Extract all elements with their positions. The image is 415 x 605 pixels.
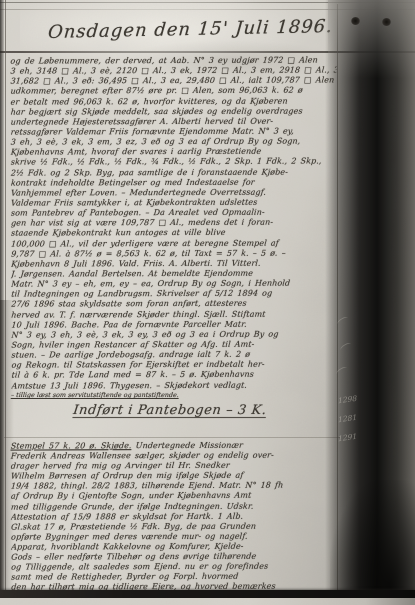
manuscript-line: og Tilliggende, alt saaledes som Ejend. … [11,562,338,573]
manuscript-line: herved av. T. f. nærværende Skjøder thin… [11,309,338,320]
manuscript-line: 27/6 1896 staa skyldsatte som foran anfø… [11,299,338,310]
manuscript-line: staaende Kjøbekontrakt kun antoges at vi… [11,228,338,239]
manuscript-block-1: og de Løbenummere, der derved, at Aab. N… [10,55,337,391]
manuscript-line: og de Løbenummere, der derved, at Aab. N… [10,55,337,66]
manuscript-line: skrive ½ Fdk., ½ Fdk., ½ Fdk., ¾ Fdk., ½… [10,157,337,168]
manuscript-line: Attestation af 15/9 1888 er skyldsat for… [11,511,338,522]
manuscript-line: er betalt med 96,063 k. 62 ø, hvorfor kv… [10,96,337,107]
right-margin-rule [337,4,338,597]
manuscript-line: Gods – eller nedførte Tilbehør og dens ø… [11,551,338,562]
manuscript-line: 10 Juli 1896. Bache. Paa de fornævnte Pa… [11,319,338,330]
manuscript-line: 19/4 1882, thingl. 28/2 1883, tilhørende… [10,481,337,492]
manuscript-line: til à 6 k. pr. Tde Land med = 87 k. – 5 … [11,370,338,381]
page-left-edge [0,0,4,605]
top-edge-line [0,2,415,3]
manuscript-line: Wilhelm Børresen af Ordrup den mig ifølg… [10,471,337,482]
manuscript-line: retssagfører Valdemar Friis fornævnte Ej… [10,126,337,137]
manuscript-line: 2½ Fdk. og 2 Skp. Byg, paa samtlige de i… [10,167,337,178]
manuscript-line: 31,682 □ Al., 3 eð: 36,495 □ Al., 3 ea, … [10,76,337,87]
bottom-page-edge [0,590,415,598]
manuscript-line: Kjøbenhavns Amt, hvoraf der svares i aar… [10,147,337,158]
paper-grain-texture [0,0,415,605]
gutter-squiggle [336,315,349,326]
manuscript-line: Valdemar Friis samtykker i, at Kjøbekont… [11,197,338,208]
manuscript-line-lead: Stempel 57 k. 20 ø. Skjøde. Undertegnede… [10,440,337,451]
section-heading: Indført i Pantebogen – 3 K. [39,403,301,418]
binding-shadow-bottom [330,480,415,597]
paper-dark-blotch [120,40,340,80]
manuscript-line: J. Jørgensen. Aandal Bertelsen. At bemel… [11,268,338,279]
gutter-squiggle [339,341,352,352]
manuscript-line: Gl.skat 17 ø, Præstetiende ½ Fdk. Byg, d… [11,521,338,532]
stamp-clause: Stempel 57 k. 20 ø. Skjøde. [10,441,132,450]
manuscript-line: den har tilhørt mig og tidligere Ejere, … [11,582,338,593]
header-top-rule [0,9,415,10]
paper-light-blotch [20,0,320,70]
manuscript-line: Matr. N° 3 ey – eh, em, ey – ea, Ordrup … [11,279,338,290]
manuscript-line: drager herved fra mig og Arvinger til Hr… [10,461,337,472]
manuscript-line: af Ordrup By i Gjentofte Sogn, under Kjø… [11,491,338,502]
manuscript-line: Amtstue 13 Juli 1896. Thygesen. – Skjøde… [11,380,338,391]
binding-shadow [325,0,415,597]
manuscript-block-2: Stempel 57 k. 20 ø. Skjøde. Undertegnede… [11,440,338,593]
manuscript-line: kontrakt indeholdte Betingelser og med I… [10,177,337,188]
margin-note: 1291 [338,432,357,444]
addendum-note: – tillige læst som servitutstiftende og … [11,391,312,399]
manuscript-line: samt med de Rettigheder, Byrder og Forpl… [11,572,338,583]
manuscript-line: og Rekogn. til Statskassen for Ejerskift… [11,360,338,371]
manuscript-line: Kjøbenhavn 8 Juli 1896. Vald. Friis. A. … [11,258,338,269]
date-heading: Onsdagen den 15' Juli 1896. [47,16,329,43]
margin-note: 1298 [338,394,357,406]
manuscript-line: 100,000 □ Al., vil der yderligere være a… [11,238,338,249]
manuscript-line: Vanhjemmel efter Loven. – Medundertegned… [10,187,337,198]
next-page-strip [0,598,415,605]
manuscript-line: stuen. – De aarlige Jordebogsafg. andrag… [11,350,338,361]
left-margin-smudge [0,300,14,595]
manuscript-line: med tilliggende Grunde, der ifølge Indte… [11,501,338,512]
manuscript-line: 9,787 □ Al. à 87½ ø = 8,563 k. 62 ø, til… [11,248,338,259]
manuscript-line: Frederik Andreas Wallensee sælger, skjød… [10,451,337,462]
manuscript-line: som Pantebrev af Pantebogen. – Da Areale… [11,208,338,219]
left-margin-rule [5,0,6,605]
lead-line-rest: Undertegnede Missionær [131,441,243,450]
punch-hole-right [382,18,391,26]
manuscript-line: 3 eh, 3148 □ Al., 3 eè, 2120 □ Al., 3 ek… [10,66,337,77]
manuscript-line: har begjært sig Skjøde meddelt, saa skjø… [10,106,337,117]
manuscript-line: gen har vist sig at være 109,787 □ Al., … [11,218,338,229]
manuscript-line: udkommer, beregnet efter 87½ øre pr. □ A… [10,86,337,97]
header-bottom-rule [0,51,415,53]
binding-shadow-top-fade [328,0,415,85]
manuscript-line: opførte Bygninger med deres værende mur-… [11,531,338,542]
manuscript-line: 3 eh, 3 eè, 3 ek, 3 em, 3 ez, 3 eð og 3 … [10,137,337,148]
manuscript-line: Sogn, hviler ingen Restancer af Skatter … [11,339,338,350]
manuscript-page: Onsdagen den 15' Juli 1896. og de Løbenu… [0,0,415,605]
margin-note: 1281 [338,413,357,425]
manuscript-line: undertegnede Højesteretssagfører A. Albe… [10,116,337,127]
manuscript-line: til Indtegningen og Landbrugsm. Skrivels… [11,289,338,300]
manuscript-line: N° 3 ey, 3 eh, 3 eè, 3 ek, 3 ey, 3 eð og… [11,329,338,340]
punch-hole-left [351,17,360,25]
manuscript-line: Apparat, hvoriblandt Kakkelovne og Komfu… [11,541,338,552]
manuscript-block-2-lines: Frederik Andreas Wallensee sælger, skjød… [11,451,337,593]
section-divider-rule [4,437,340,438]
